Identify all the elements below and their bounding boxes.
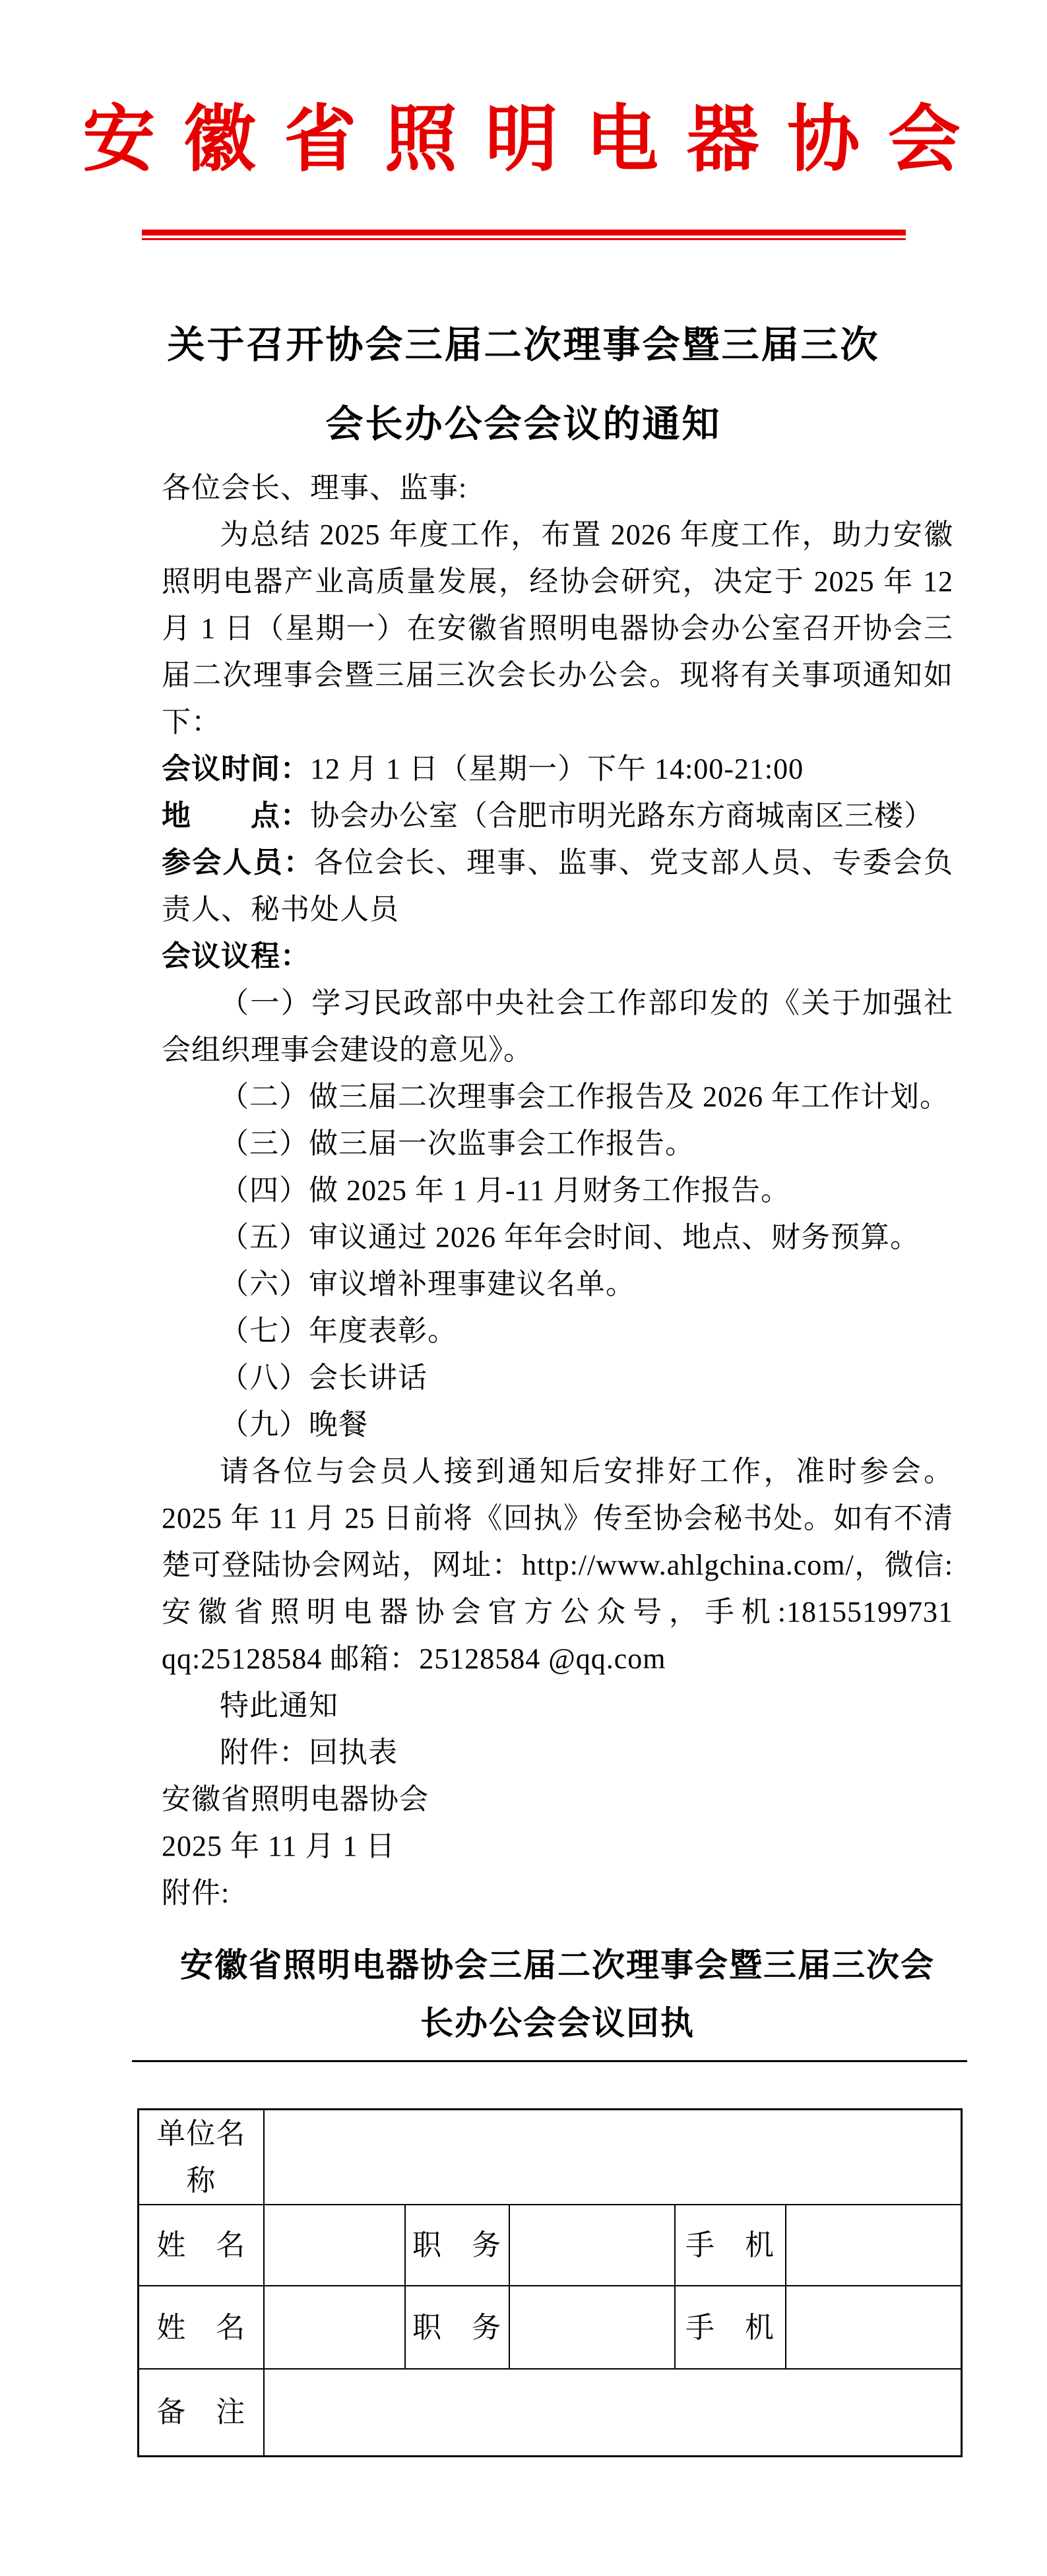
closing-paragraph: 请各位与会员人接到通知后安排好工作，准时参会。2025 年 11 月 25 日前… (162, 1448, 953, 1682)
detail-time-label: 会议时间： (162, 753, 310, 785)
remark-row: 备 注 (139, 2369, 962, 2456)
person-row-2: 姓 名 职 务 手 机 (139, 2286, 962, 2369)
attachment-note: 附件：回执表 (162, 1729, 953, 1776)
phone-label-2: 手 机 (675, 2286, 786, 2369)
phone-input-cell-2[interactable] (786, 2286, 962, 2369)
signature-org: 安徽省照明电器协会 (162, 1776, 953, 1823)
title-label-1: 职 务 (405, 2205, 509, 2286)
intro-paragraph: 为总结 2025 年度工作，布置 2026 年度工作，助力安徽照明电器产业高质量… (162, 511, 953, 745)
salutation: 各位会长、理事、监事: (162, 464, 953, 511)
agenda-item-8: （八）会长讲话 (162, 1354, 953, 1401)
detail-time: 会议时间：12 月 1 日（星期一）下午 14:00-21:00 (162, 745, 953, 792)
name-label-2: 姓 名 (139, 2286, 264, 2369)
notice-title-line1: 关于召开协会三届二次理事会暨三届三次 (0, 306, 1047, 385)
phone-label-1: 手 机 (675, 2205, 786, 2286)
agenda-item-5: （五）审议通过 2026 年年会时间、地点、财务预算。 (162, 1214, 953, 1261)
letterhead-divider (142, 230, 906, 240)
detail-place-label: 地 点： (162, 800, 310, 832)
reply-form-table: 单位名称 姓 名 职 务 手 机 姓 名 职 务 手 机 备 注 (137, 2108, 963, 2457)
detail-time-value: 12 月 1 日（星期一）下午 14:00-21:00 (310, 753, 804, 785)
agenda-item-9: （九）晚餐 (162, 1401, 953, 1448)
name-input-cell-1[interactable] (264, 2205, 405, 2286)
attachment-title: 安徽省照明电器协会三届二次理事会暨三届三次会 长办公会会议回执 (162, 1936, 953, 2052)
agenda-item-7: （七）年度表彰。 (162, 1307, 953, 1354)
agenda-item-1: （一）学习民政部中央社会工作部印发的《关于加强社会组织理事会建设的意见》。 (162, 980, 953, 1073)
attachment-divider (132, 2060, 967, 2062)
name-input-cell-2[interactable] (264, 2286, 405, 2369)
unit-name-label: 单位名称 (139, 2110, 264, 2205)
person-row-1: 姓 名 职 务 手 机 (139, 2205, 962, 2286)
letterhead-divider-thick-line (142, 230, 906, 236)
detail-place-value: 协会办公室（合肥市明光路东方商城南区三楼） (310, 800, 934, 832)
attachment-title-line1: 安徽省照明电器协会三届二次理事会暨三届三次会 (162, 1936, 953, 1994)
detail-place: 地 点：协会办公室（合肥市明光路东方商城南区三楼） (162, 792, 953, 839)
attachment-title-line2: 长办公会会议回执 (162, 1994, 953, 2052)
detail-attendees-label: 参会人员： (162, 846, 314, 879)
document-page: 安 徽 省 照 明 电 器 协 会 关于召开协会三届二次理事会暨三届三次 会长办… (0, 0, 1047, 2576)
letterhead-divider-thin-line (142, 238, 906, 240)
remark-label: 备 注 (139, 2369, 264, 2456)
agenda-heading: 会议议程： (162, 933, 953, 980)
remark-input-cell[interactable] (264, 2369, 962, 2456)
title-label-2: 职 务 (405, 2286, 509, 2369)
signature-date: 2025 年 11 月 1 日 (162, 1823, 953, 1869)
notice-mark: 特此通知 (162, 1682, 953, 1729)
phone-input-cell-1[interactable] (786, 2205, 962, 2286)
notice-body: 各位会长、理事、监事: 为总结 2025 年度工作，布置 2026 年度工作，助… (0, 464, 1047, 2457)
agenda-item-2: （二）做三届二次理事会工作报告及 2026 年工作计划。 (162, 1073, 953, 1120)
name-label-1: 姓 名 (139, 2205, 264, 2286)
detail-attendees: 参会人员：各位会长、理事、监事、党支部人员、专委会负责人、秘书处人员 (162, 839, 953, 933)
attachment-label: 附件: (162, 1869, 953, 1916)
title-input-cell-1[interactable] (509, 2205, 675, 2286)
title-input-cell-2[interactable] (509, 2286, 675, 2369)
unit-name-input-cell[interactable] (264, 2110, 962, 2205)
notice-title: 关于召开协会三届二次理事会暨三届三次 会长办公会会议的通知 (0, 306, 1047, 464)
agenda-item-3: （三）做三届一次监事会工作报告。 (162, 1120, 953, 1167)
agenda-item-6: （六）审议增补理事建议名单。 (162, 1261, 953, 1307)
notice-title-line2: 会长办公会会议的通知 (0, 385, 1047, 464)
agenda-item-4: （四）做 2025 年 1 月-11 月财务工作报告。 (162, 1167, 953, 1214)
letterhead-org-name: 安 徽 省 照 明 电 器 协 会 (0, 0, 1047, 189)
unit-row: 单位名称 (139, 2110, 962, 2205)
